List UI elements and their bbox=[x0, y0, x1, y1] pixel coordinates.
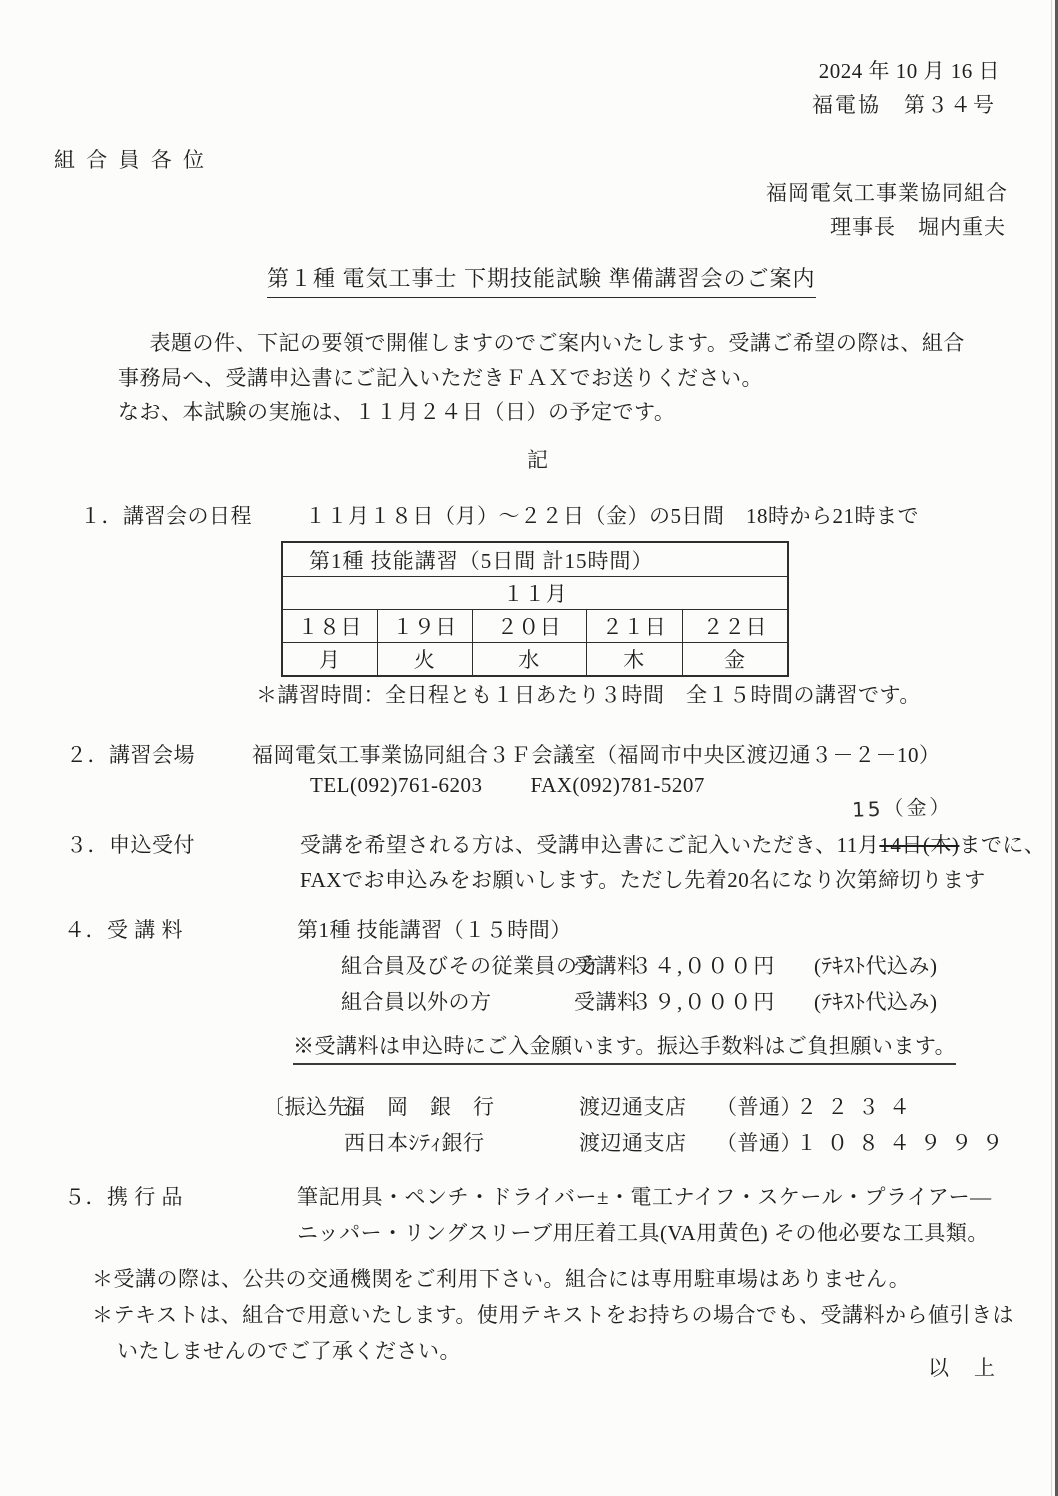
fee-amount: ３９,０００円 bbox=[631, 986, 814, 1016]
bank-account-row: 福 岡 銀 行 渡辺通支店 （普通） ２２３４ bbox=[344, 1091, 920, 1121]
section-1-heading: １．講習会の日程 bbox=[80, 500, 252, 530]
table-date: ２２日 bbox=[682, 610, 788, 643]
items-line2: ニッパー・リングスリーブ用圧着工具(VA用黄色) その他必要な工具類。 bbox=[297, 1217, 989, 1247]
scan-artifact-line bbox=[1051, 0, 1052, 1496]
venue-fax: FAX(092)781-5207 bbox=[530, 773, 704, 797]
intro-line: 事務局へ、受講申込書にご記入いただきＦＡＸでお送りください。 bbox=[118, 362, 763, 392]
table-month: １１月 bbox=[282, 577, 788, 610]
table-date: ２０日 bbox=[472, 610, 586, 643]
section-number: １． bbox=[80, 504, 123, 528]
table-weekday: 月 bbox=[282, 643, 377, 677]
schedule-note: ＊講習時間：全日程とも１日あたり３時間 全１５時間の講習です。 bbox=[256, 679, 921, 709]
application-text: 受講を希望される方は、受講申込書にご記入いただき、11月 bbox=[300, 833, 879, 857]
account-number: １０８４９９９ bbox=[796, 1127, 1013, 1157]
venue-address: 福岡電気工事業協同組合３Ｆ会議室（福岡市中央区渡辺通３－２－10） bbox=[252, 739, 941, 769]
fees-heading: 第1種 技能講習（１５時間） bbox=[297, 914, 572, 944]
section-number: ２． bbox=[66, 743, 109, 767]
bank-branch: 渡辺通支店 bbox=[579, 1127, 716, 1157]
record-mark: 記 bbox=[527, 444, 549, 474]
account-type: （普通） bbox=[716, 1091, 796, 1121]
signer-name: 理事長 堀内重夫 bbox=[830, 211, 1006, 241]
schedule-table: 第1種 技能講習（5日間 計15時間） １１月 １８日 １９日 ２０日 ２１日 … bbox=[281, 541, 789, 677]
schedule-text: １１月１８日（月）～２２日（金）の5日間 18時から21時まで bbox=[305, 500, 919, 530]
section-number: ５． bbox=[64, 1185, 107, 1209]
document-date: 2024 年 10 月 16 日 bbox=[819, 55, 1000, 85]
section-3-heading: ３．申込受付 bbox=[66, 829, 195, 859]
footnote: ＊テキストは、組合で用意いたします。使用テキストをお持ちの場合でも、受講料から値… bbox=[92, 1299, 1014, 1329]
table-weekday: 金 bbox=[682, 643, 788, 677]
section-number: ３． bbox=[66, 833, 109, 857]
venue-tel: TEL(092)761-6203 bbox=[310, 773, 482, 797]
application-line1: 受講を希望される方は、受講申込書にご記入いただき、11月14日(木)までに、 bbox=[300, 829, 1045, 859]
fee-label: 受講料 bbox=[574, 950, 631, 980]
handwritten-correction: 15（金） bbox=[852, 790, 953, 822]
section-label: 受 講 料 bbox=[107, 918, 183, 942]
table-date: ２１日 bbox=[586, 610, 682, 643]
table-header: 第1種 技能講習（5日間 計15時間） bbox=[282, 542, 788, 577]
venue-contact: TEL(092)761-6203FAX(092)781-5207 bbox=[310, 773, 705, 798]
section-number: ４． bbox=[64, 918, 107, 942]
document-number: 福電協 第３４号 bbox=[812, 89, 996, 119]
document-title: 第１種 電気工事士 下期技能試験 準備講習会のご案内 bbox=[267, 262, 816, 298]
footnote: ＊受講の際は、公共の交通機関をご利用下さい。組合には専用駐車場はありません。 bbox=[92, 1263, 910, 1293]
fee-who: 組合員及びその従業員の方 bbox=[341, 950, 574, 980]
fee-amount: ３４,０００円 bbox=[631, 950, 814, 980]
section-2-heading: ２．講習会場 bbox=[66, 739, 195, 769]
bank-branch: 渡辺通支店 bbox=[579, 1091, 716, 1121]
table-date: １８日 bbox=[282, 610, 377, 643]
fee-row: 組合員及びその従業員の方 受講料 ３４,０００円 (ﾃｷｽﾄ代込み) bbox=[341, 950, 938, 980]
struck-date: 14日(木) bbox=[879, 833, 959, 857]
section-label: 携 行 品 bbox=[107, 1185, 183, 1209]
section-label: 申込受付 bbox=[109, 833, 195, 857]
fee-row: 組合員以外の方 受講料 ３９,０００円 (ﾃｷｽﾄ代込み) bbox=[341, 986, 938, 1016]
section-5-heading: ５．携 行 品 bbox=[64, 1181, 183, 1211]
account-number: ２２３４ bbox=[796, 1091, 920, 1121]
table-weekday: 水 bbox=[472, 643, 586, 677]
fee-who: 組合員以外の方 bbox=[341, 986, 574, 1016]
fee-note: (ﾃｷｽﾄ代込み) bbox=[814, 986, 938, 1016]
fee-note: (ﾃｷｽﾄ代込み) bbox=[814, 950, 938, 980]
intro-line: 表題の件、下記の要領で開催しますのでご案内いたします。受講ご希望の際は、組合 bbox=[118, 327, 965, 357]
account-type: （普通） bbox=[716, 1127, 796, 1157]
footnote: いたしませんのでご了承ください。 bbox=[117, 1335, 461, 1365]
table-weekday: 木 bbox=[586, 643, 682, 677]
payment-note: ※受講料は申込時にご入金願います。振込手数料はご負担願います。 bbox=[293, 1030, 956, 1065]
bank-name: 福 岡 銀 行 bbox=[344, 1091, 579, 1121]
organization-name: 福岡電気工事業協同組合 bbox=[766, 177, 1008, 207]
application-line2: FAXでお申込みをお願いします。ただし先着20名になり次第締切ります bbox=[300, 864, 986, 894]
bank-account-row: 西日本ｼﾃｨ銀行 渡辺通支店 （普通） １０８４９９９ bbox=[344, 1127, 1013, 1157]
section-label: 講習会場 bbox=[109, 743, 195, 767]
table-weekday: 火 bbox=[377, 643, 472, 677]
table-date: １９日 bbox=[377, 610, 472, 643]
section-label: 講習会の日程 bbox=[123, 504, 252, 528]
recipient: 組 合 員 各 位 bbox=[54, 144, 207, 174]
closing-mark: 以 上 bbox=[928, 1352, 997, 1382]
items-line1: 筆記用具・ペンチ・ドライバー±・電工ナイフ・スケール・プライアー― bbox=[297, 1181, 992, 1211]
section-4-heading: ４．受 講 料 bbox=[64, 914, 183, 944]
intro-line: なお、本試験の実施は、１１月２４日（日）の予定です。 bbox=[118, 396, 675, 426]
application-text: までに、 bbox=[959, 833, 1045, 857]
document-page: 2024 年 10 月 16 日 福電協 第３４号 組 合 員 各 位 福岡電気… bbox=[0, 0, 1058, 1496]
fee-label: 受講料 bbox=[574, 986, 631, 1016]
bank-name: 西日本ｼﾃｨ銀行 bbox=[344, 1127, 579, 1157]
